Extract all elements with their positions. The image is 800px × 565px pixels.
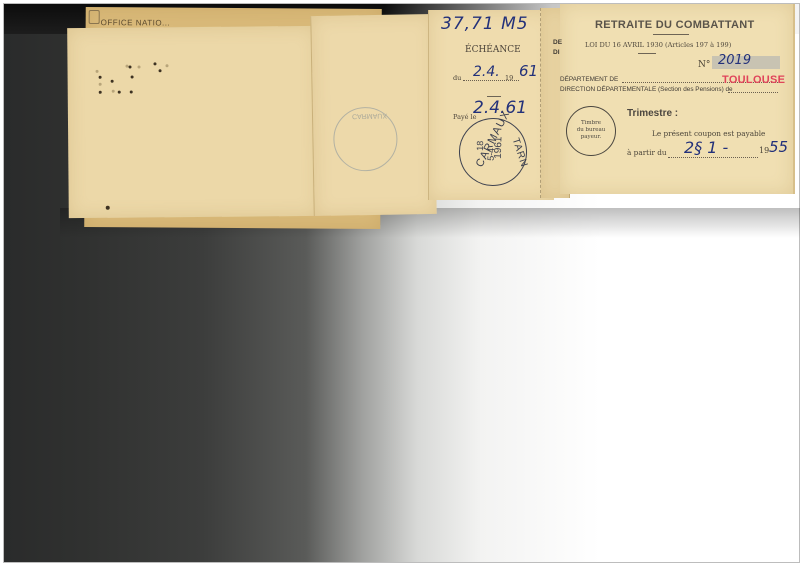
stamp-circle-line: du bureau	[567, 127, 615, 134]
direction-line: DIRECTION DÉPARTEMENTALE (Section des Pe…	[560, 86, 733, 93]
du-label: du	[453, 74, 461, 82]
perforation-dot	[112, 90, 115, 93]
pension-coupon: RETRAITE DU COMBATTANT LOI DU 16 AVRIL 1…	[560, 4, 795, 194]
perforation-dot	[99, 76, 102, 79]
bleed-line: DI	[553, 48, 562, 58]
direction-dotline	[728, 92, 778, 93]
du-year-prefix: 19	[505, 74, 513, 82]
perforation-dot	[129, 66, 132, 69]
du-year-handwritten: 61	[519, 62, 538, 80]
perforation-dot	[165, 64, 168, 67]
stub-page: CARMAUX	[310, 14, 436, 216]
perforation-dot	[111, 80, 114, 83]
separator	[487, 96, 501, 97]
bleed-line: DE	[553, 38, 562, 48]
perforation-dot	[159, 69, 162, 72]
postmark-time: 18	[475, 141, 485, 151]
number-label: N°	[698, 60, 710, 70]
perforation-dot	[106, 206, 110, 210]
echeance-stub: 37,71 M5 ÉCHÉANCE du 2.4. 19 61 Payé le …	[428, 10, 554, 200]
handwritten-reference: 37,71 M5	[441, 14, 529, 34]
a-partir-dotline	[668, 157, 758, 158]
perforation-dot	[99, 91, 102, 94]
stamp-circle-line: payeur.	[567, 134, 615, 141]
postmark-year: 1961	[493, 136, 505, 159]
ghost-postmark: CARMAUX	[333, 107, 398, 172]
perforation-dot	[96, 70, 99, 73]
emblem-icon	[89, 10, 100, 24]
perforation-dot	[118, 91, 121, 94]
echeance-title: ÉCHÉANCE	[465, 45, 521, 55]
trimestre-label: Trimestre :	[627, 108, 678, 119]
ghost-postmark-text: CARMAUX	[352, 112, 387, 120]
postmark-department: TARN	[510, 137, 530, 169]
department-line: DÉPARTEMENT DE	[560, 76, 618, 83]
a-partir-date-handwritten: 2§ 1 -	[684, 138, 728, 157]
perforation-dot	[130, 91, 133, 94]
cover-label: OFFICE NATIO...	[101, 18, 171, 27]
city-stamp: TOULOUSE	[722, 74, 785, 86]
bleed-through-text: DE DI	[553, 38, 562, 58]
perforation-dot	[99, 83, 102, 86]
perforation-dot	[153, 62, 156, 65]
postmark-carmaux: CARMAUX TARN 18 5-4 1961	[455, 114, 532, 191]
title-rule	[653, 34, 689, 35]
paying-office-stamp-circle: Timbre du bureau payeur.	[566, 106, 616, 156]
year-prefix: 19	[759, 146, 769, 155]
payable-text: Le présent coupon est payable	[652, 129, 765, 138]
a-partir-label: à partir du	[627, 148, 667, 157]
perforation-dot	[138, 65, 141, 68]
perforation-dot	[131, 76, 134, 79]
du-date-handwritten: 2.4.	[473, 64, 500, 80]
year-handwritten: 55	[769, 138, 788, 156]
stamp-circle-line: Timbre	[567, 120, 615, 127]
coupon-title: RETRAITE DU COMBATTANT	[595, 19, 755, 31]
law-reference: LOI DU 16 AVRIL 1930 (Articles 197 à 199…	[585, 41, 731, 49]
law-rule	[638, 53, 656, 54]
coupon-number: 2019	[718, 53, 751, 68]
left-page	[67, 26, 319, 218]
